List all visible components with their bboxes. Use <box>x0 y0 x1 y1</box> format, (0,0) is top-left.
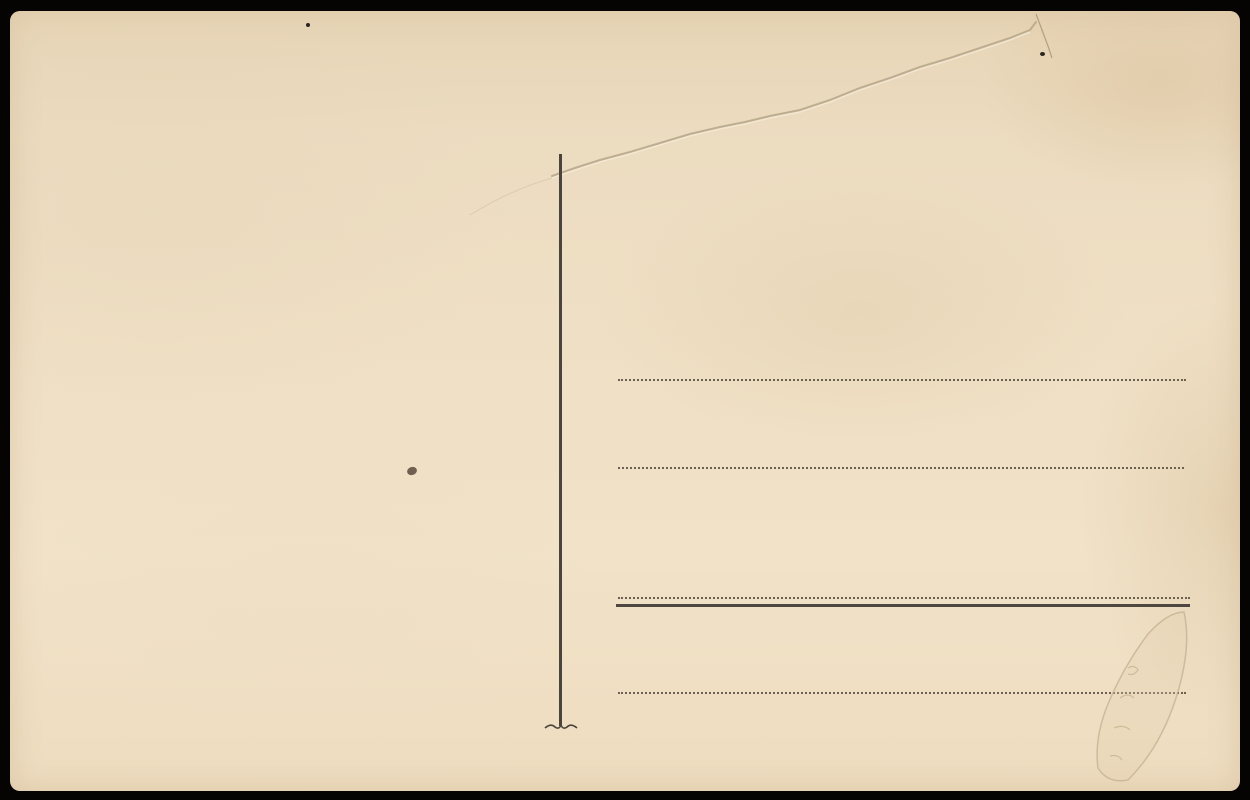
dust-speck <box>306 23 310 27</box>
address-line-3-underline <box>616 604 1190 607</box>
address-line-3 <box>618 597 1190 599</box>
dust-speck <box>1040 52 1045 56</box>
address-line-1 <box>618 379 1186 381</box>
vertical-divider-line <box>559 154 562 726</box>
address-line-4 <box>618 692 1186 694</box>
address-line-2 <box>618 467 1184 469</box>
divider-flourish <box>543 719 579 733</box>
photo-frame <box>0 0 1250 800</box>
postcard-back <box>10 11 1240 791</box>
